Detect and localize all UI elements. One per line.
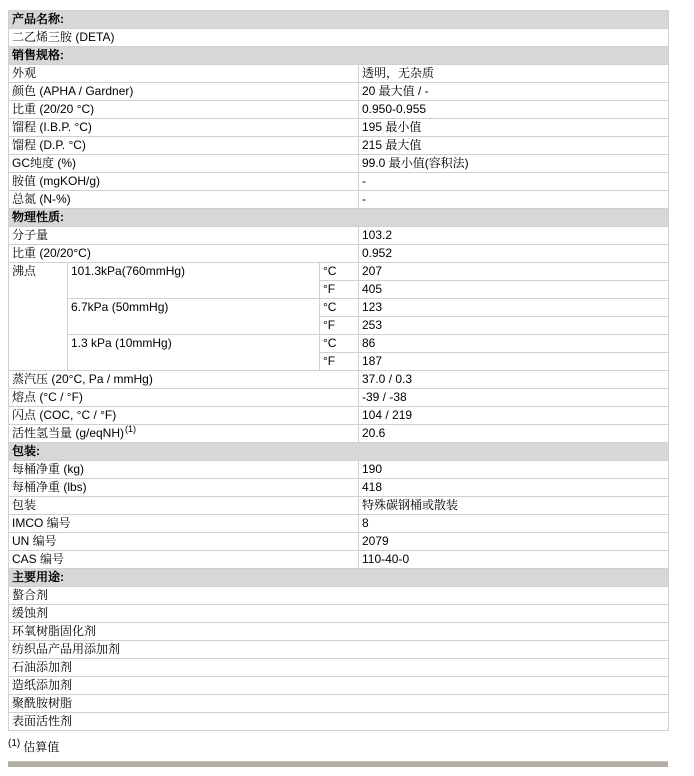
table-row: CAS 编号110-40-0 xyxy=(9,551,669,569)
row-value: 215 最大值 xyxy=(359,137,669,155)
row-value: - xyxy=(359,191,669,209)
table-row: 闪点 (COC, °C / °F)104 / 219 xyxy=(9,407,669,425)
section-header: 产品名称: xyxy=(9,11,669,29)
temp-value: 123 xyxy=(359,299,669,317)
text-cell: 造纸添加剂 xyxy=(9,677,669,695)
row-label: 包装 xyxy=(9,497,359,515)
row-label: 颜色 (APHA / Gardner) xyxy=(9,83,359,101)
row-label: IMCO 编号 xyxy=(9,515,359,533)
spec-table-body: 产品名称:二乙烯三胺 (DETA)销售规格:外观透明，无杂质颜色 (APHA /… xyxy=(9,11,669,731)
row-label: 蒸汽压 (20°C, Pa / mmHg) xyxy=(9,371,359,389)
footnote-marker-ref: (1) xyxy=(125,425,136,435)
table-row: 比重 (20/20°C)0.952 xyxy=(9,245,669,263)
text-cell: 螯合剂 xyxy=(9,587,669,605)
row-value: 195 最小值 xyxy=(359,119,669,137)
temp-value: 405 xyxy=(359,281,669,299)
text-cell: 纺织品产品用添加剂 xyxy=(9,641,669,659)
table-row: 缓蚀剂 xyxy=(9,605,669,623)
row-value: 190 xyxy=(359,461,669,479)
row-label: 每桶净重 (kg) xyxy=(9,461,359,479)
bottom-divider-bar xyxy=(8,761,668,767)
row-value: 0.952 xyxy=(359,245,669,263)
temp-unit: °F xyxy=(320,317,359,335)
table-row: 螯合剂 xyxy=(9,587,669,605)
table-row: 胺值 (mgKOH/g)- xyxy=(9,173,669,191)
row-label: 沸点 xyxy=(9,263,68,371)
text-cell: 环氧树脂固化剂 xyxy=(9,623,669,641)
row-value: 110-40-0 xyxy=(359,551,669,569)
temp-unit: °C xyxy=(320,335,359,353)
footnote-text: 估算值 xyxy=(23,740,59,754)
temp-unit: °C xyxy=(320,299,359,317)
table-row: 每桶净重 (kg)190 xyxy=(9,461,669,479)
table-row: GC纯度 (%)99.0 最小值(容积法) xyxy=(9,155,669,173)
section-header: 包装: xyxy=(9,443,669,461)
row-value: 103.2 xyxy=(359,227,669,245)
table-row: 包装特殊碳钢桶或散装 xyxy=(9,497,669,515)
section-header-row: 主要用途: xyxy=(9,569,669,587)
table-row: 蒸汽压 (20°C, Pa / mmHg)37.0 / 0.3 xyxy=(9,371,669,389)
row-label: 熔点 (°C / °F) xyxy=(9,389,359,407)
table-row: 总氮 (N-%)- xyxy=(9,191,669,209)
row-label: UN 编号 xyxy=(9,533,359,551)
row-value: 20 最大值 / - xyxy=(359,83,669,101)
table-row: IMCO 编号8 xyxy=(9,515,669,533)
table-row: 环氧树脂固化剂 xyxy=(9,623,669,641)
product-spec-page: 产品名称:二乙烯三胺 (DETA)销售规格:外观透明，无杂质颜色 (APHA /… xyxy=(0,0,694,776)
row-value: -39 / -38 xyxy=(359,389,669,407)
section-header-row: 物理性质: xyxy=(9,209,669,227)
section-header-row: 产品名称: xyxy=(9,11,669,29)
text-cell: 缓蚀剂 xyxy=(9,605,669,623)
row-value: - xyxy=(359,173,669,191)
table-row: 石油添加剂 xyxy=(9,659,669,677)
row-value: 99.0 最小值(容积法) xyxy=(359,155,669,173)
table-row: 1.3 kPa (10mmHg)°C86 xyxy=(9,335,669,353)
row-value: 8 xyxy=(359,515,669,533)
table-row: 活性氢当量 (g/eqNH)(1)20.6 xyxy=(9,425,669,443)
row-label: 馏程 (I.B.P. °C) xyxy=(9,119,359,137)
text-cell: 石油添加剂 xyxy=(9,659,669,677)
table-row: 比重 (20/20 °C)0.950-0.955 xyxy=(9,101,669,119)
row-label: 馏程 (D.P. °C) xyxy=(9,137,359,155)
row-label: CAS 编号 xyxy=(9,551,359,569)
table-row: 二乙烯三胺 (DETA) xyxy=(9,29,669,47)
footnote-marker: (1) xyxy=(8,738,20,749)
table-row: 沸点101.3kPa(760mmHg)°C207 xyxy=(9,263,669,281)
row-label: 胺值 (mgKOH/g) xyxy=(9,173,359,191)
pressure-condition: 6.7kPa (50mmHg) xyxy=(68,299,320,335)
footnote: (1)估算值 xyxy=(8,736,668,755)
section-header-row: 销售规格: xyxy=(9,47,669,65)
row-label: GC纯度 (%) xyxy=(9,155,359,173)
product-spec-table: 产品名称:二乙烯三胺 (DETA)销售规格:外观透明，无杂质颜色 (APHA /… xyxy=(8,10,669,731)
table-row: UN 编号2079 xyxy=(9,533,669,551)
row-value: 透明，无杂质 xyxy=(359,65,669,83)
row-value: 418 xyxy=(359,479,669,497)
section-header-row: 包装: xyxy=(9,443,669,461)
temp-value: 187 xyxy=(359,353,669,371)
table-row: 熔点 (°C / °F)-39 / -38 xyxy=(9,389,669,407)
text-cell: 聚酰胺树脂 xyxy=(9,695,669,713)
row-value: 104 / 219 xyxy=(359,407,669,425)
table-row: 6.7kPa (50mmHg)°C123 xyxy=(9,299,669,317)
section-header: 主要用途: xyxy=(9,569,669,587)
temp-unit: °C xyxy=(320,263,359,281)
pressure-condition: 1.3 kPa (10mmHg) xyxy=(68,335,320,371)
row-label: 闪点 (COC, °C / °F) xyxy=(9,407,359,425)
temp-unit: °F xyxy=(320,281,359,299)
row-label: 活性氢当量 (g/eqNH)(1) xyxy=(9,425,359,443)
table-row: 聚酰胺树脂 xyxy=(9,695,669,713)
row-label: 外观 xyxy=(9,65,359,83)
table-row: 表面活性剂 xyxy=(9,713,669,731)
row-label: 每桶净重 (lbs) xyxy=(9,479,359,497)
row-label: 分子量 xyxy=(9,227,359,245)
temp-value: 86 xyxy=(359,335,669,353)
section-header: 物理性质: xyxy=(9,209,669,227)
row-value: 0.950-0.955 xyxy=(359,101,669,119)
row-label: 比重 (20/20°C) xyxy=(9,245,359,263)
table-row: 外观透明，无杂质 xyxy=(9,65,669,83)
temp-value: 207 xyxy=(359,263,669,281)
temp-unit: °F xyxy=(320,353,359,371)
row-label: 比重 (20/20 °C) xyxy=(9,101,359,119)
row-value: 特殊碳钢桶或散装 xyxy=(359,497,669,515)
pressure-condition: 101.3kPa(760mmHg) xyxy=(68,263,320,299)
table-row: 颜色 (APHA / Gardner)20 最大值 / - xyxy=(9,83,669,101)
temp-value: 253 xyxy=(359,317,669,335)
table-row: 纺织品产品用添加剂 xyxy=(9,641,669,659)
row-value: 20.6 xyxy=(359,425,669,443)
row-value: 2079 xyxy=(359,533,669,551)
text-cell: 二乙烯三胺 (DETA) xyxy=(9,29,669,47)
table-row: 每桶净重 (lbs)418 xyxy=(9,479,669,497)
row-value: 37.0 / 0.3 xyxy=(359,371,669,389)
table-row: 馏程 (I.B.P. °C)195 最小值 xyxy=(9,119,669,137)
table-row: 造纸添加剂 xyxy=(9,677,669,695)
table-row: 分子量103.2 xyxy=(9,227,669,245)
table-row: 馏程 (D.P. °C)215 最大值 xyxy=(9,137,669,155)
section-header: 销售规格: xyxy=(9,47,669,65)
row-label: 总氮 (N-%) xyxy=(9,191,359,209)
text-cell: 表面活性剂 xyxy=(9,713,669,731)
